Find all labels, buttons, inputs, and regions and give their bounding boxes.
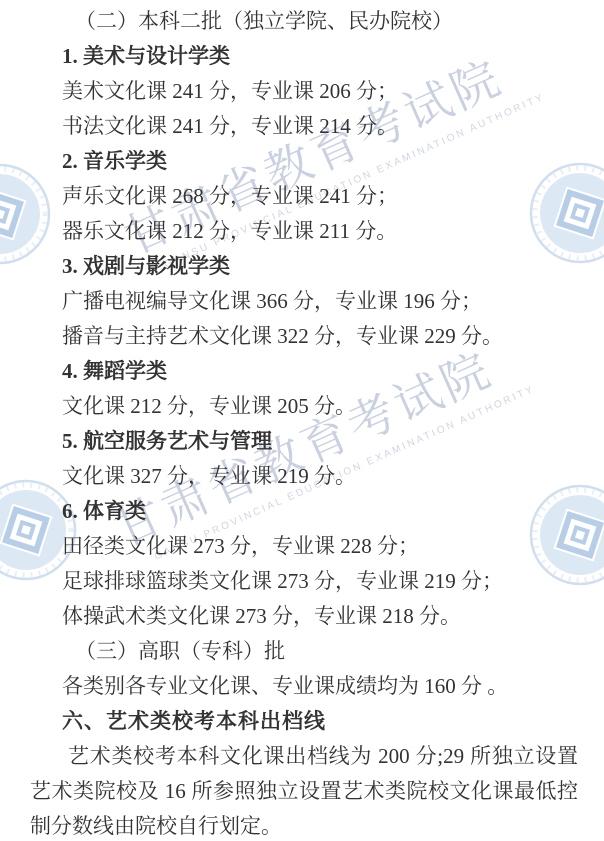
category-heading: 5. 航空服务艺术与管理: [62, 424, 576, 459]
score-line: 书法文化课 241 分，专业课 214 分。: [62, 109, 576, 144]
category-heading: 3. 戏剧与影视学类: [62, 249, 576, 284]
score-line: 体操武术类文化课 273 分，专业课 218 分。: [62, 599, 576, 634]
category-heading: 6. 体育类: [62, 494, 576, 529]
section-heading: （三）高职（专科）批: [75, 634, 576, 669]
score-line: 足球排球篮球类文化课 273 分，专业课 219 分；: [62, 564, 576, 599]
category-heading: 4. 舞蹈学类: [62, 354, 576, 389]
document-content: （二）本科二批（独立学院、民办院校） 1. 美术与设计学类 美术文化课 241 …: [0, 0, 604, 841]
score-line: 器乐文化课 212 分，专业课 211 分。: [62, 214, 576, 249]
score-line: 各类别各专业文化课、专业课成绩均为 160 分 。: [62, 669, 576, 704]
score-line: 播音与主持艺术文化课 322 分，专业课 229 分。: [62, 319, 576, 354]
section-heading: （二）本科二批（独立学院、民办院校）: [75, 4, 576, 39]
score-line: 文化课 327 分，专业课 219 分。: [62, 459, 576, 494]
major-heading: 六、艺术类校考本科出档线: [62, 704, 576, 739]
category-heading: 1. 美术与设计学类: [62, 39, 576, 74]
score-line: 美术文化课 241 分，专业课 206 分；: [62, 74, 576, 109]
paragraph: 艺术类校考本科文化课出档线为 200 分;29 所独立设置艺术类院校及 16 所…: [30, 739, 578, 841]
score-line: 文化课 212 分，专业课 205 分。: [62, 389, 576, 424]
document-page: 甘肃省教育考试院 GANSU PROVINCIAL EDUCATION EXAM…: [0, 0, 604, 841]
category-heading: 2. 音乐学类: [62, 144, 576, 179]
score-line: 广播电视编导文化课 366 分，专业课 196 分；: [62, 284, 576, 319]
score-line: 声乐文化课 268 分，专业课 241 分；: [62, 179, 576, 214]
score-line: 田径类文化课 273 分，专业课 228 分；: [62, 529, 576, 564]
